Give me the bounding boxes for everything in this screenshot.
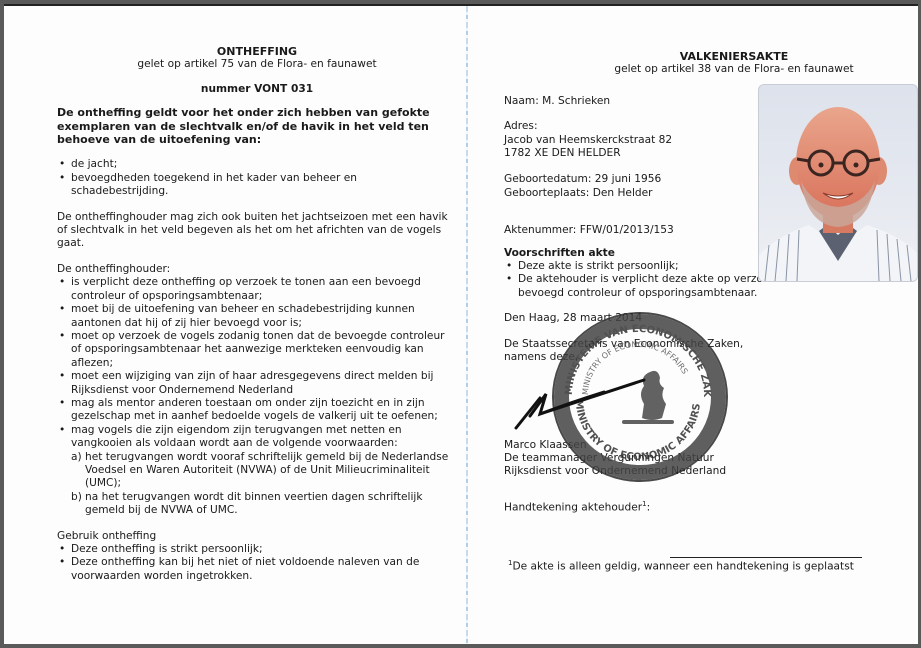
scanned-document: ONTHEFFING gelet op artikel 75 van de Fl… bbox=[4, 4, 918, 644]
right-subtitle: gelet op artikel 38 van de Flora- en fau… bbox=[504, 63, 904, 76]
holder-heading: De ontheffinghouder: bbox=[57, 263, 457, 276]
handwritten-signature bbox=[512, 376, 652, 436]
usage-list: Deze ontheffing is strikt persoonlijk; D… bbox=[57, 543, 457, 583]
usage-heading: Gebruik ontheffing bbox=[57, 530, 457, 543]
seasonal-paragraph: De ontheffinghouder mag zich ook buiten … bbox=[57, 211, 457, 251]
left-page-ontheffing: ONTHEFFING gelet op artikel 75 van de Fl… bbox=[57, 6, 457, 583]
list-item: is verplicht deze ontheffing op verzoek … bbox=[57, 276, 457, 303]
list-item: moet op verzoek de vogels zodanig tonen … bbox=[57, 330, 457, 370]
list-item: moet een wijziging van zijn of haar adre… bbox=[57, 370, 457, 397]
list-item: bevoegdheden toegekend in het kader van … bbox=[57, 172, 457, 199]
footnote: 1De akte is alleen geldig, wanneer een h… bbox=[504, 557, 904, 574]
list-item: mag vogels die zijn eigendom zijn terugv… bbox=[57, 424, 457, 451]
right-title: VALKENIERSAKTE bbox=[504, 50, 904, 63]
left-subtitle: gelet op artikel 75 van de Flora- en fau… bbox=[57, 58, 457, 71]
condition-item: a)het terugvangen wordt vooraf schriftel… bbox=[71, 451, 457, 491]
permit-number: nummer VONT 031 bbox=[57, 83, 457, 96]
list-item: de jacht; bbox=[57, 158, 457, 171]
condition-item: b)na het terugvangen wordt dit binnen ve… bbox=[71, 491, 457, 518]
holder-signature-label: Handtekening aktehouder1: bbox=[504, 498, 904, 515]
holder-list: is verplicht deze ontheffing op verzoek … bbox=[57, 276, 457, 450]
list-item: moet bij de uitoefening van beheer en sc… bbox=[57, 303, 457, 330]
list-item: Deze ontheffing kan bij het niet of niet… bbox=[57, 556, 457, 583]
holder-signature-line bbox=[670, 557, 862, 558]
intro-bold: De ontheffing geldt voor het onder zich … bbox=[57, 106, 457, 146]
left-title: ONTHEFFING bbox=[57, 45, 457, 58]
intro-list: de jacht; bevoegdheden toegekend in het … bbox=[57, 158, 457, 198]
page-fold bbox=[466, 6, 468, 644]
list-item: Deze ontheffing is strikt persoonlijk; bbox=[57, 543, 457, 556]
person-portrait-icon bbox=[759, 85, 917, 281]
list-item: mag als mentor anderen toestaan om onder… bbox=[57, 397, 457, 424]
conditions-list: a)het terugvangen wordt vooraf schriftel… bbox=[71, 451, 457, 518]
portrait-photo bbox=[758, 84, 918, 282]
